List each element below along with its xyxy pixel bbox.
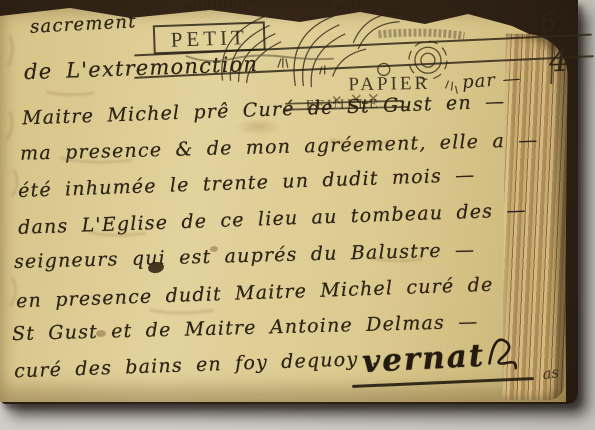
book-photograph: as bbox=[0, 0, 578, 404]
ink-bleedthrough-texture bbox=[0, 0, 566, 400]
foxing-spot bbox=[96, 330, 106, 337]
manuscript-photo-canvas: as bbox=[0, 0, 595, 430]
foxing-stain bbox=[236, 118, 282, 136]
foxing-spot bbox=[210, 246, 218, 252]
